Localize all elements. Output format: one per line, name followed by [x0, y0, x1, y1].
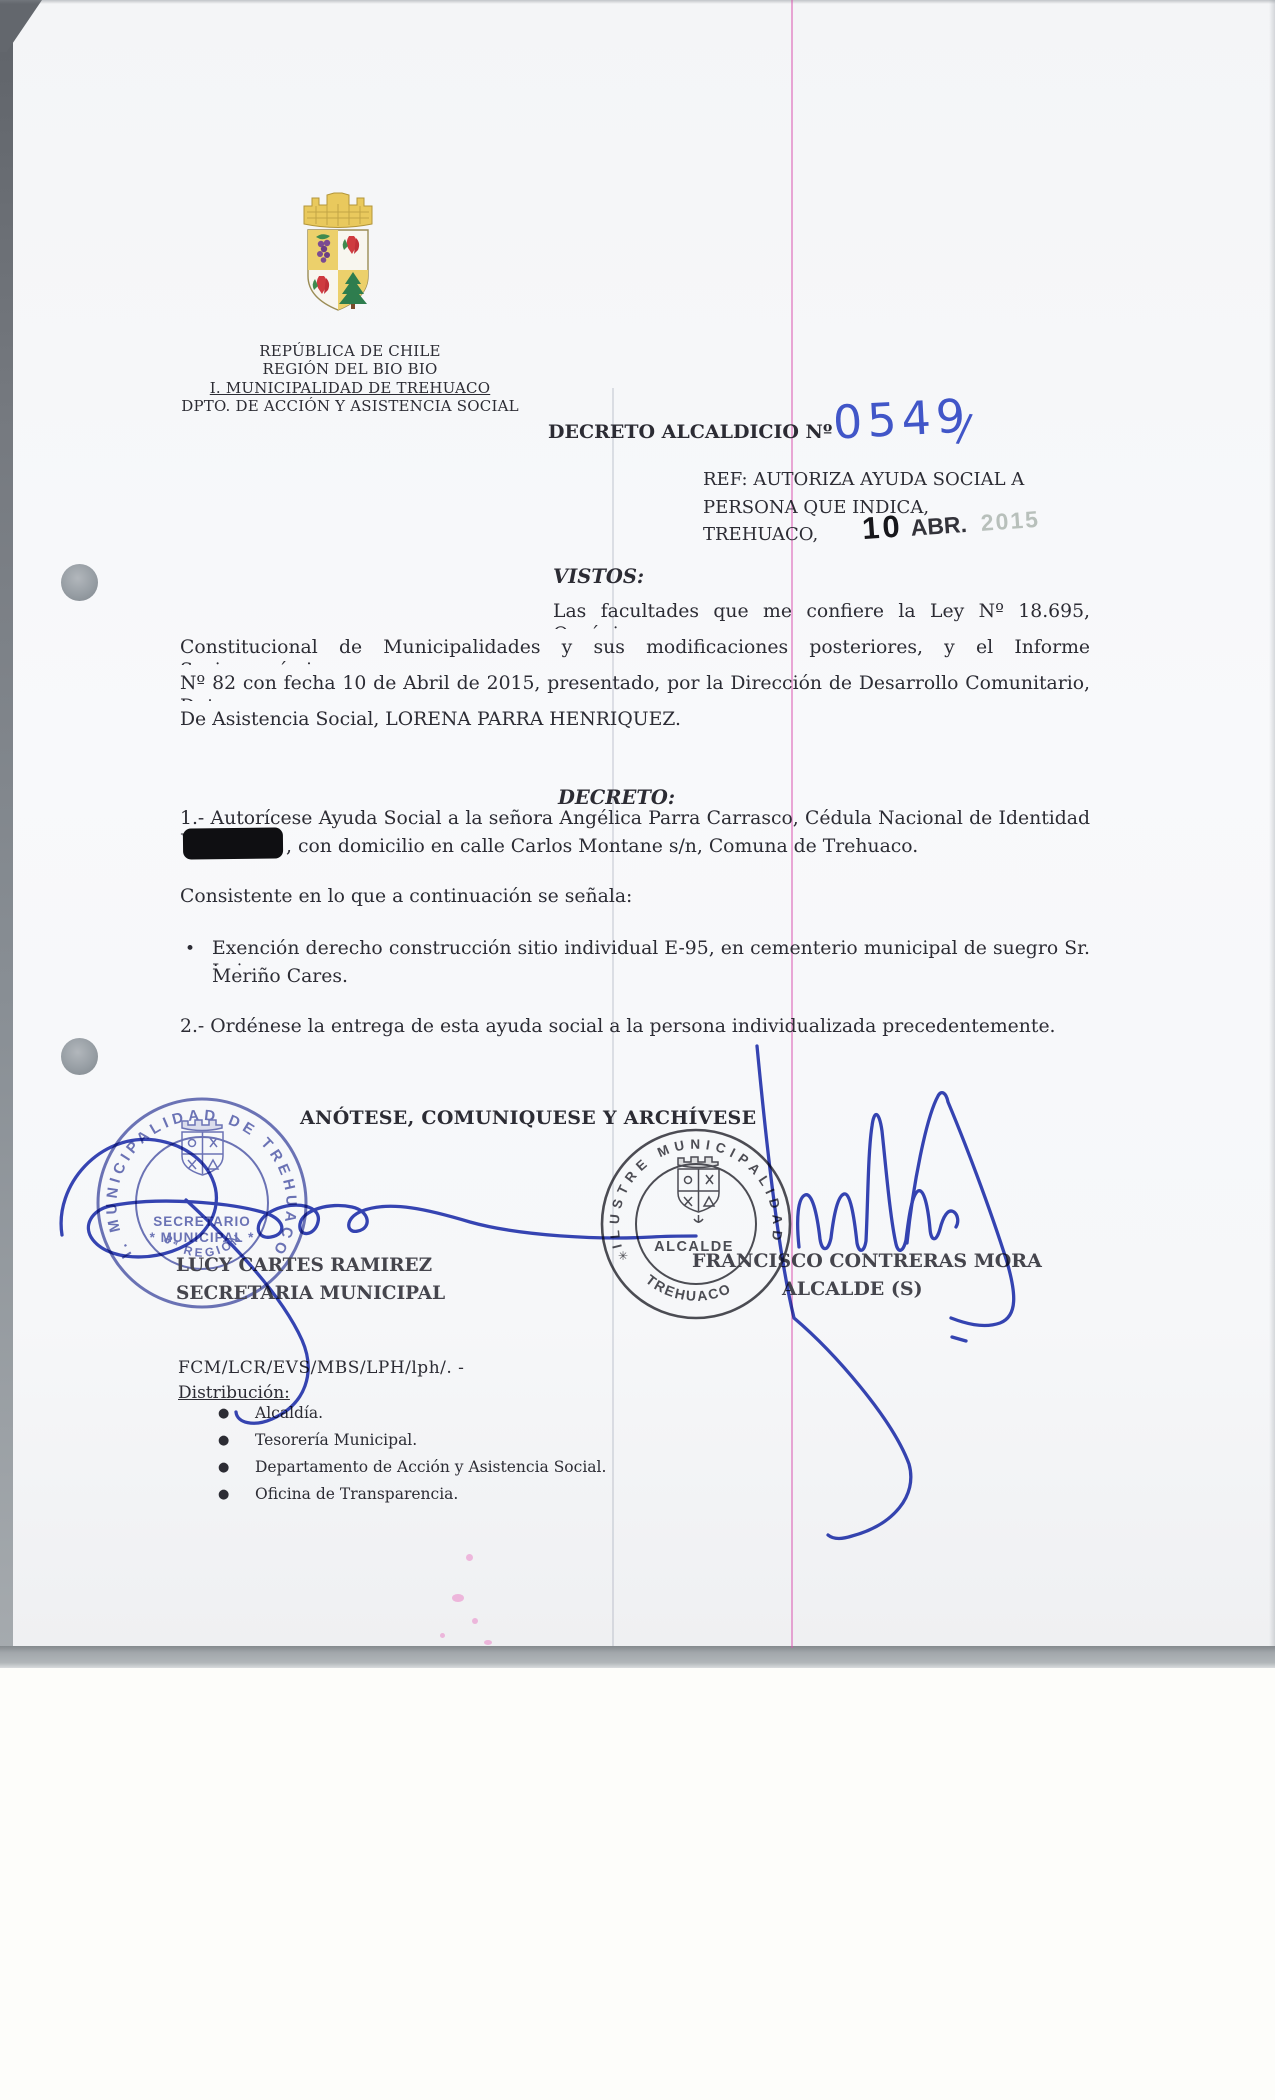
- bullet-line-2: Meriño Cares.: [212, 966, 348, 989]
- redacted-id-number: [183, 827, 283, 859]
- hole-punch-top: [61, 564, 98, 601]
- distribution-item: Alcaldía.: [255, 1404, 323, 1423]
- ref-line-1: REF: AUTORIZA AYUDA SOCIAL A: [703, 469, 1024, 491]
- letterhead-department: DPTO. DE ACCIÓN Y ASISTENCIA SOCIAL: [118, 397, 582, 415]
- vistos-label: VISTOS:: [553, 565, 644, 589]
- decreto-item1-line1: 1.- Autorícese Ayuda Social a la señora …: [180, 808, 1090, 836]
- ref-line-3: TREHUACO,: [703, 524, 818, 546]
- distribution-item: Tesorería Municipal.: [255, 1431, 417, 1450]
- distribution-label: Distribución:: [178, 1383, 290, 1404]
- responsibility-initials: FCM/LCR/EVS/MBS/LPH/lph/. -: [178, 1358, 464, 1379]
- date-stamp-month: ABR.: [910, 511, 968, 541]
- hole-punch-bottom: [61, 1038, 98, 1075]
- letterhead-country: REPÚBLICA DE CHILE: [118, 342, 582, 360]
- bullet-icon: •: [185, 939, 195, 960]
- trehuaco-coat-of-arms: [300, 190, 376, 314]
- bullet-icon: ●: [218, 1460, 229, 1476]
- quartered-shield: [308, 230, 368, 310]
- consistente-line: Consistente en lo que a continuación se …: [180, 886, 632, 909]
- distribution-item: Oficina de Transparencia.: [255, 1485, 458, 1504]
- letterhead: REPÚBLICA DE CHILE REGIÓN DEL BIO BIO I.…: [118, 342, 582, 415]
- pink-speck: [466, 1554, 473, 1561]
- vistos-line-2: Constitucional de Municipalidades y sus …: [180, 637, 1090, 665]
- mural-crown-icon: [304, 193, 372, 228]
- left-stamp-emblem-icon: [182, 1120, 223, 1175]
- right-stamp-bottom-text: TREHUACO: [643, 1271, 734, 1304]
- date-stamp-day: 10: [861, 508, 904, 546]
- vistos-line-1: Las facultades que me confiere la Ley Nº…: [553, 601, 1090, 629]
- pink-speck: [472, 1618, 478, 1624]
- pink-speck: [484, 1640, 492, 1645]
- letterhead-municipality: I. MUNICIPALIDAD DE TREHUACO: [118, 379, 582, 397]
- decreto-item1-line2: , con domicilio en calle Carlos Montane …: [286, 836, 918, 859]
- pink-speck: [452, 1594, 464, 1602]
- bullet-icon: ●: [218, 1406, 229, 1422]
- vistos-line-4: De Asistencia Social, LORENA PARRA HENRI…: [180, 709, 681, 732]
- scanned-decree-page: { "page": {"description": "Scanned munic…: [0, 0, 1275, 2100]
- scanner-background: [0, 1668, 1275, 2100]
- scan-right-shadow: [1269, 0, 1275, 1648]
- left-signatory-title: SECRETARIA MUNICIPAL: [176, 1283, 445, 1306]
- decreto-label: DECRETO:: [558, 786, 675, 810]
- letterhead-region: REGIÓN DEL BIO BIO: [118, 360, 582, 378]
- handwritten-decree-number: 0549: [832, 388, 972, 449]
- decree-label: DECRETO ALCALDICIO Nº: [548, 421, 832, 444]
- svg-text:TREHUACO: TREHUACO: [643, 1271, 734, 1304]
- left-stamp-line1: SECRETARIO: [153, 1214, 251, 1229]
- right-stamp-asterisk-icon: ✳: [618, 1249, 628, 1263]
- paper-bottom-edge: [0, 1646, 1275, 1668]
- bullet-icon: ●: [218, 1487, 229, 1503]
- alcalde-stamp: ILUSTRE MUNICIPALIDAD TREHUACO ✳ ALCALDE: [598, 1127, 794, 1323]
- pink-speck: [440, 1633, 445, 1638]
- decreto-item2: 2.- Ordénese la entrega de esta ayuda so…: [180, 1016, 1056, 1039]
- date-stamp-year: 2015: [980, 506, 1041, 536]
- right-signatory-name: FRANCISCO CONTRERAS MORA: [692, 1250, 1042, 1273]
- scan-left-edge: [0, 0, 13, 1648]
- distribution-item: Departamento de Acción y Asistencia Soci…: [255, 1458, 606, 1477]
- right-signatory-title: ALCALDE (S): [782, 1278, 923, 1301]
- bullet-icon: ●: [218, 1433, 229, 1449]
- scan-top-shadow: [0, 0, 1275, 4]
- left-signatory-name: LUCY CARTES RAMIREZ: [176, 1255, 432, 1278]
- vistos-line-3: Nº 82 con fecha 10 de Abril de 2015, pre…: [180, 673, 1090, 701]
- bullet-line-1: Exención derecho construcción sitio indi…: [212, 938, 1090, 966]
